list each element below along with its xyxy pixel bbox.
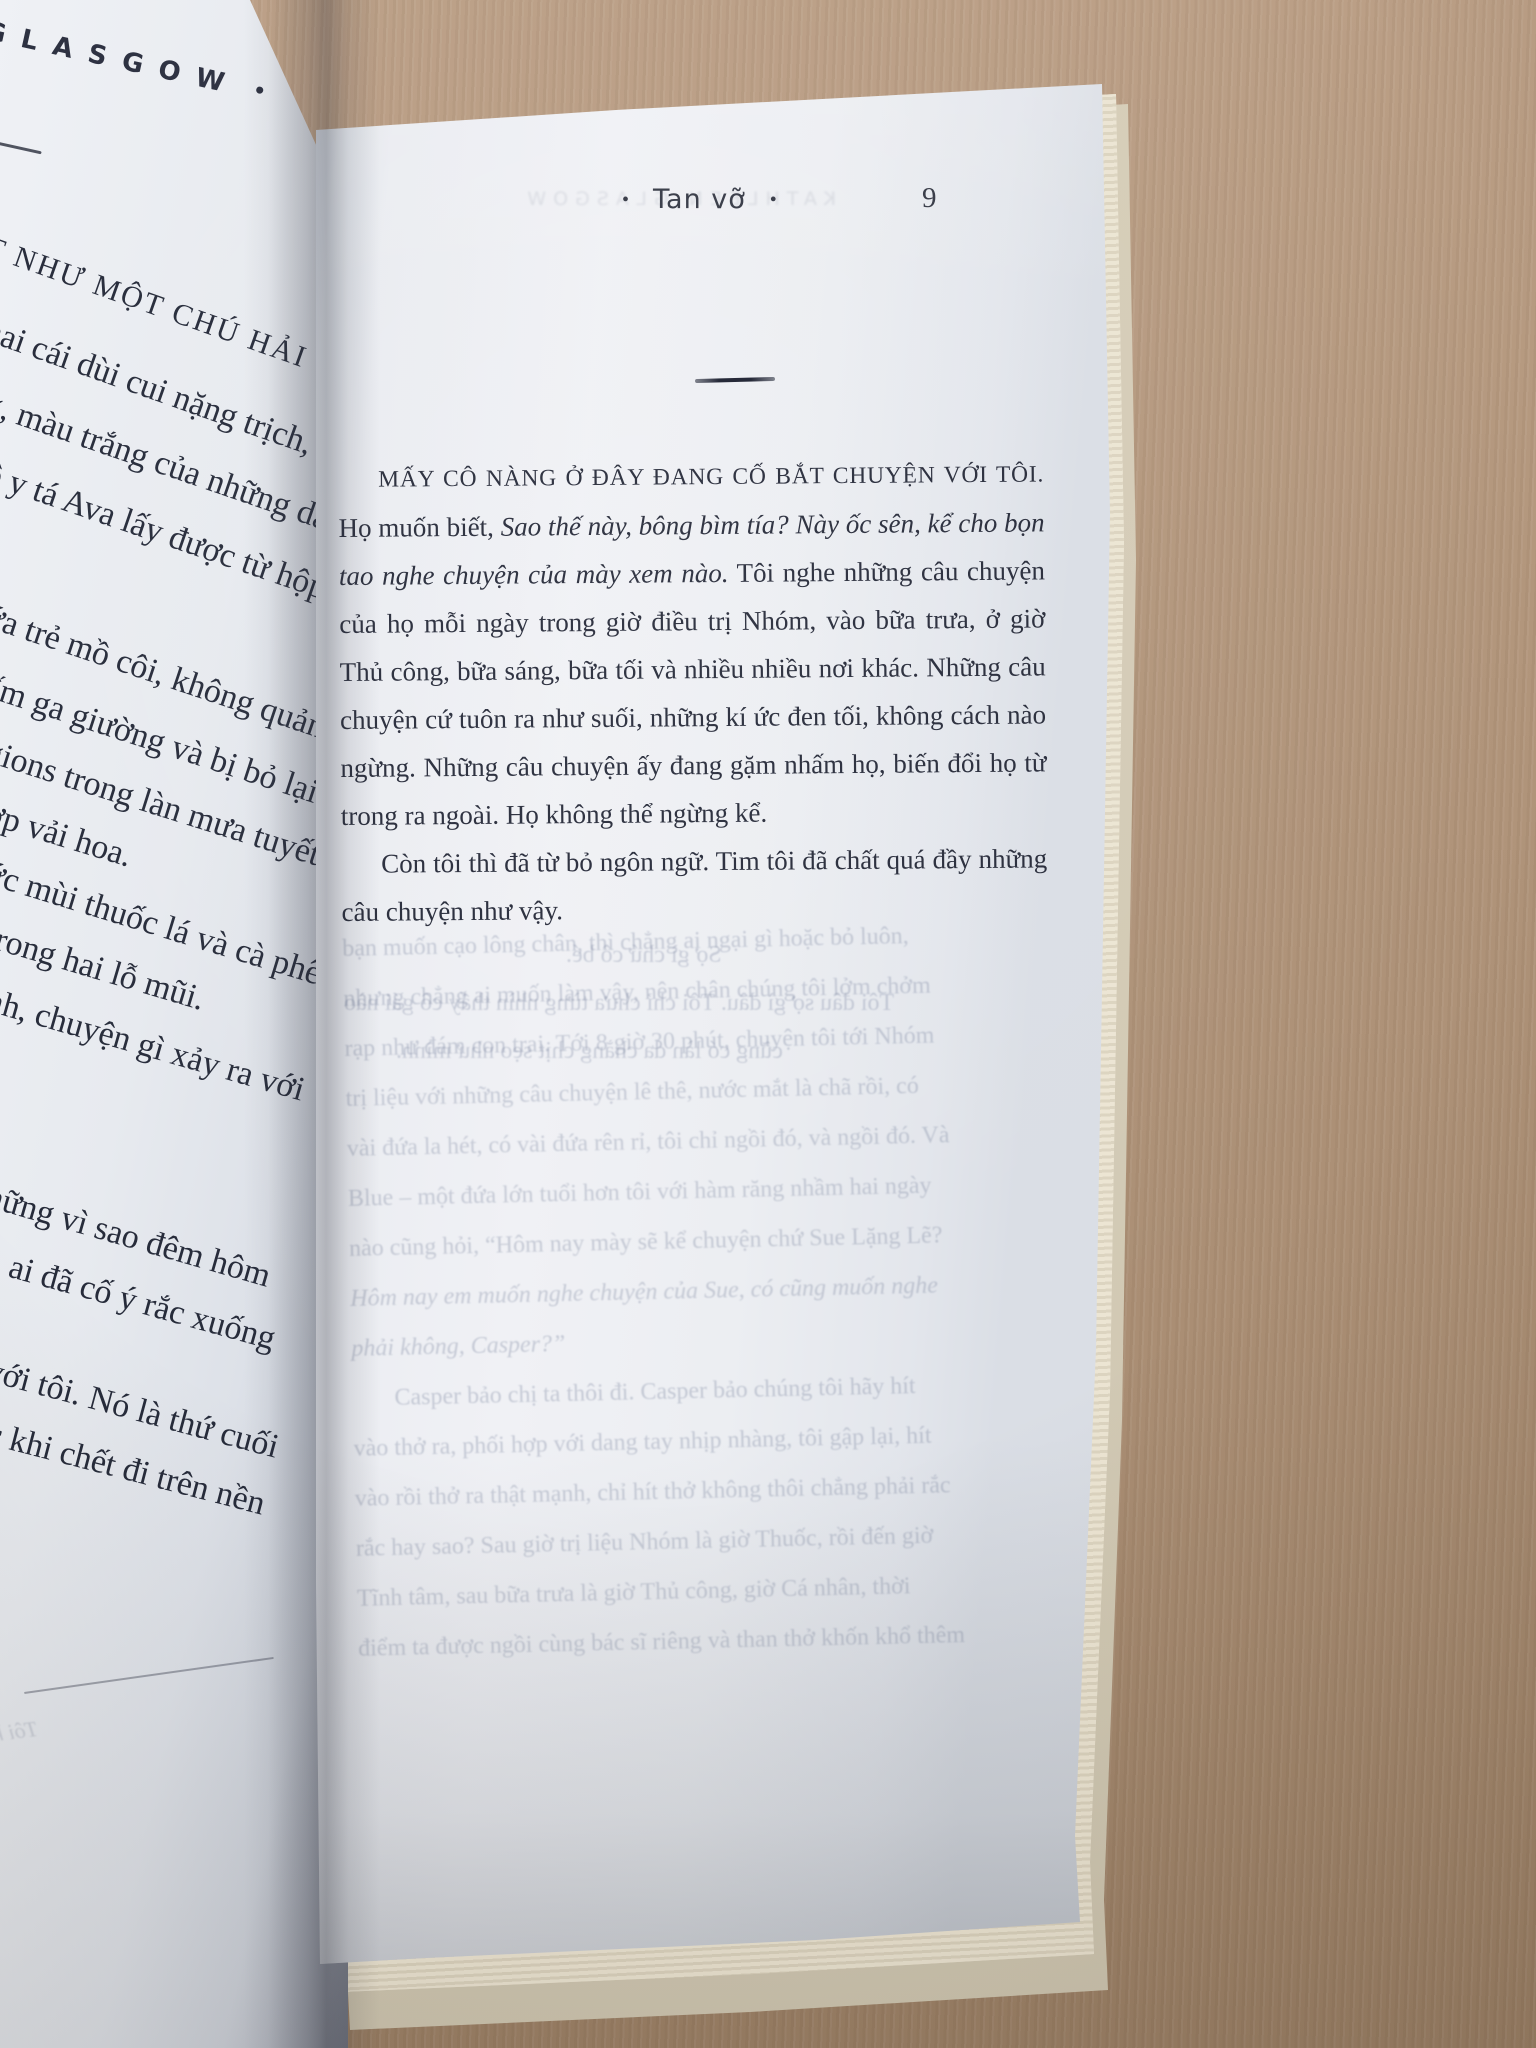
ghost-mirrored-text: Tôi đâu sợ gì đâu. Tôi chỉ chưa từng nhì… (344, 990, 894, 1017)
left-text-line: hững vì sao đêm hôm (0, 1178, 275, 1296)
left-header-rule-fragment (0, 141, 42, 155)
left-running-header: GLASGOW• (0, 16, 269, 108)
left-page: GLASGOW• T NHƯ MỘT CHÚ HẢI CẨUhai cái dù… (0, 0, 348, 2048)
section-divider (695, 377, 775, 383)
left-text-line: gions trong làn mưa tuyết (0, 733, 325, 874)
left-text-line: ợp vải hoa. (0, 795, 137, 876)
text-segment: Họ muốn biết, (338, 512, 500, 543)
left-text-line: c khi chết đi trên nền (0, 1415, 269, 1523)
left-page-text: T NHƯ MỘT CHÚ HẢI CẨUhai cái dùi cui nặn… (0, 0, 348, 2048)
header-bullet-icon: • (251, 77, 269, 103)
footnote-ghost-text: Tôi không thể chịu thêm (0, 1716, 39, 1768)
text-segment: MẤY CÔ NÀNG Ở ĐÂY ĐANG CỐ BẮT CHUYỆN VỚI… (378, 461, 1044, 492)
ghost-mirrored-text: Sợ gì chứ cô bé. (566, 942, 722, 969)
left-text-line: g, màu trắng của những dải (0, 385, 343, 542)
left-text-line: nh, chuyện gì xảy ra với (0, 982, 309, 1109)
left-text-line: ô y tá Ava lấy được từ hộp (0, 455, 332, 608)
ghost-mirrored-text: cũng có làn da chằng chịt sẹo như mình. (396, 1038, 783, 1065)
paragraph: MẤY CÔ NÀNG Ở ĐÂY ĐANG CỐ BẮT CHUYỆN VỚI… (338, 448, 1047, 840)
left-header-text: GLASGOW (0, 16, 243, 102)
body-text: MẤY CÔ NÀNG Ở ĐÂY ĐANG CỐ BẮT CHUYỆN VỚI… (338, 448, 1048, 936)
left-text-line: ứa trẻ mồ côi, không quản (0, 598, 330, 747)
right-running-header: • Tan vỡ • (622, 184, 777, 215)
left-text-line: à ai đã cố ý rắc xuống (0, 1242, 279, 1358)
header-bullet-icon: • (622, 190, 629, 210)
left-text-line: trong hai lỗ mũi. (0, 918, 209, 1019)
paragraph: Còn tôi thì đã từ bỏ ngôn ngữ. Tim tôi đ… (341, 834, 1048, 936)
left-text-line: ức mùi thuốc lá và cà phê (0, 855, 326, 993)
text-segment: Tôi nghe những câu chuyện của họ mỗi ngà… (339, 555, 1046, 831)
left-text-line: hai cái dùi cui nặng trịch, (0, 312, 318, 463)
page-number: 9 (922, 182, 937, 215)
left-text-line: ấm ga giường và bị bỏ lại (0, 668, 323, 812)
text-segment: Còn tôi thì đã từ bỏ ngôn ngữ. Tim tôi đ… (341, 843, 1047, 927)
photo-open-book: GLASGOW• T NHƯ MỘT CHÚ HẢI CẨUhai cái dù… (0, 0, 1536, 2048)
chapter-title: Tan vỡ (653, 184, 746, 215)
left-text-line: với tôi. Nó là thứ cuối (0, 1352, 283, 1467)
right-page: KATHLEEN GLASGOW • Tan vỡ • 9 bạn muốn c… (316, 84, 1110, 1964)
header-bullet-icon: • (770, 190, 777, 210)
show-through-text: bạn muốn cạo lông chân, thì chẳng ai ngạ… (342, 920, 1075, 1686)
footnote-rule (24, 1657, 274, 1694)
